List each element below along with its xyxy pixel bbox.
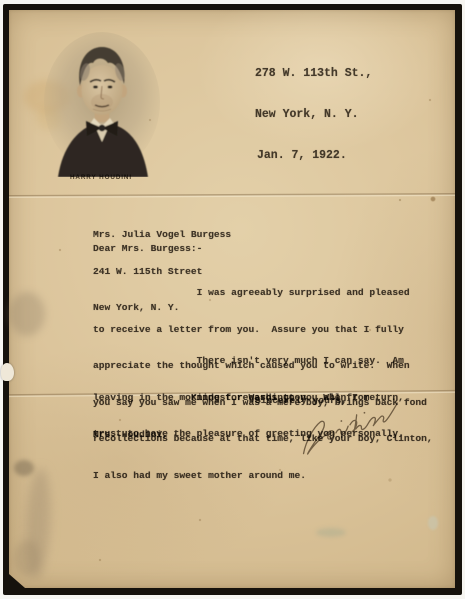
paper-stain [428,516,438,530]
letterhead-address: 278 W. 113th St., New York, N. Y. [255,40,372,148]
letterhead-address-line-1: 278 W. 113th St., [255,67,372,81]
recipient-line-1: Mrs. Julia Vogel Burgess [93,229,231,241]
salutation: Dear Mrs. Burgess:- [93,243,202,255]
paper-stain [316,528,346,537]
body-line: I also had my sweet mother around me. [93,470,433,482]
fold-crease [9,193,455,198]
body-line: I was agreeably surprised and pleased [93,287,433,299]
edge-chip [1,363,14,381]
paper-stain [14,540,40,576]
date-line: Jan. 7, 1922. [257,149,347,163]
corner-chip [9,574,25,588]
portrait-caption: HARRY HOUDINI [56,174,146,181]
paper-stain [14,460,34,476]
body-line: There isn't very much I can say. Am [93,355,404,367]
letterhead-address-line-2: New York, N. Y. [255,108,372,122]
paper-stain [9,292,45,336]
houdini-signature: Houdini [292,398,410,456]
houdini-portrait-photo [40,32,165,177]
scanned-letter: HARRY HOUDINI 278 W. 113th St., New York… [0,0,465,599]
